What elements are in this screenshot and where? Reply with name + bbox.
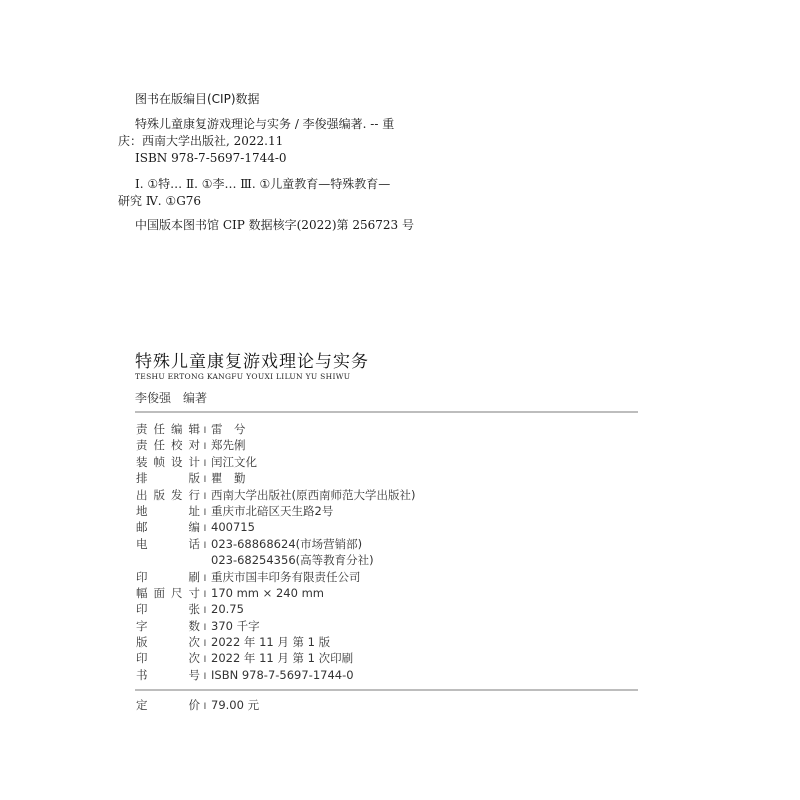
- colophon-separator: I: [200, 541, 210, 551]
- colophon-label-char: 电: [136, 536, 148, 552]
- colophon-label-char: 版: [154, 487, 166, 503]
- colophon-label-char: 话: [189, 536, 201, 552]
- book-author: 李俊强 编著: [135, 389, 207, 406]
- colophon-label-char: 辑: [189, 421, 201, 437]
- colophon-label-char: 编: [171, 421, 183, 437]
- cip-record-line: 特殊儿童康复游戏理论与实务 / 李俊强编著. -- 重: [118, 116, 498, 133]
- colophon-label: 字数: [136, 618, 200, 634]
- book-title: 特殊儿童康复游戏理论与实务: [135, 347, 369, 372]
- colophon-label-char: 刷: [189, 569, 201, 585]
- colophon-label-char: 版: [189, 470, 201, 486]
- colophon-separator: I: [200, 623, 210, 633]
- colophon-label-char: 次: [189, 634, 201, 650]
- colophon-separator: I: [200, 442, 210, 452]
- colophon-label-char: 设: [171, 454, 183, 470]
- colophon-value: 重庆市北碚区天生路2号: [210, 503, 333, 519]
- colophon-label: 幅面尺寸: [136, 585, 200, 601]
- colophon-row: 字数I370 千字: [136, 618, 415, 634]
- cip-subject-line: 研究 Ⅳ. ①G76: [118, 193, 498, 210]
- colophon-label-char: 排: [136, 470, 148, 486]
- colophon-label: 邮编: [136, 519, 200, 535]
- colophon-label-char: 对: [189, 437, 201, 453]
- colophon-separator: I: [200, 524, 210, 534]
- colophon-value: 2022 年 11 月 第 1 次印刷: [210, 650, 353, 666]
- colophon-value: 023-68254356(高等教育分社): [210, 552, 374, 568]
- colophon-label: 定价: [136, 697, 200, 713]
- colophon-row: 出版发行I西南大学出版社(原西南师范大学出版社): [136, 487, 415, 503]
- colophon-label-char: 址: [189, 503, 201, 519]
- colophon-label-char: 装: [136, 454, 148, 470]
- colophon-label-char: 行: [189, 487, 201, 503]
- colophon-label-char: 尺: [171, 585, 183, 601]
- colophon-label: 责任校对: [136, 437, 200, 453]
- cip-subject-line: Ⅰ. ①特… Ⅱ. ①李… Ⅲ. ①儿童教育—特殊教育—: [118, 176, 498, 193]
- colophon-label-char: 印: [136, 650, 148, 666]
- colophon-separator: I: [200, 702, 210, 712]
- colophon-label-char: 印: [136, 601, 148, 617]
- divider-bottom: [135, 689, 638, 691]
- colophon-row: 版次I2022 年 11 月 第 1 版: [136, 634, 415, 650]
- colophon-label-char: 版: [136, 634, 148, 650]
- colophon-row: 责任校对I郑先俐: [136, 437, 415, 453]
- colophon-label-char: 张: [189, 601, 201, 617]
- colophon-label-char: 发: [171, 487, 183, 503]
- cip-subjects: Ⅰ. ①特… Ⅱ. ①李… Ⅲ. ①儿童教育—特殊教育— 研究 Ⅳ. ①G76: [118, 176, 498, 210]
- colophon-row: 装帧设计I闰江文化: [136, 454, 415, 470]
- colophon-label-char: 价: [189, 697, 201, 713]
- colophon-label-char: 字: [136, 618, 148, 634]
- colophon-label-char: 责: [136, 421, 148, 437]
- colophon-row: 幅面尺寸I170 mm × 240 mm: [136, 585, 415, 601]
- colophon-value: 重庆市国丰印务有限责任公司: [210, 569, 361, 585]
- colophon-label: 印张: [136, 601, 200, 617]
- colophon-value: 79.00 元: [210, 697, 259, 713]
- colophon-row: 书号IISBN 978-7-5697-1744-0: [136, 667, 415, 683]
- cip-cataloging-number: 中国版本图书馆 CIP 数据核字(2022)第 256723 号: [135, 216, 414, 233]
- colophon-label: 印刷: [136, 569, 200, 585]
- colophon-label-char: 地: [136, 503, 148, 519]
- colophon-label: 责任编辑: [136, 421, 200, 437]
- colophon-value: ISBN 978-7-5697-1744-0: [210, 668, 354, 682]
- colophon-value: 20.75: [210, 602, 244, 616]
- colophon-label-char: 面: [154, 585, 166, 601]
- colophon-row: 印刷I重庆市国丰印务有限责任公司: [136, 569, 415, 585]
- colophon-label: 地址: [136, 503, 200, 519]
- colophon-row: 排版I瞿 勤: [136, 470, 415, 486]
- colophon-row: 邮编I400715: [136, 519, 415, 535]
- colophon-separator: I: [200, 655, 210, 665]
- cip-isbn-line: ISBN 978-7-5697-1744-0: [118, 150, 498, 167]
- colophon-label-char: 次: [189, 650, 201, 666]
- colophon-value: 瞿 勤: [210, 470, 246, 486]
- colophon-separator: I: [200, 574, 210, 584]
- colophon-separator: I: [200, 639, 210, 649]
- colophon-value: 郑先俐: [210, 437, 246, 453]
- colophon-row: I023-68254356(高等教育分社): [136, 552, 415, 568]
- colophon-label: 版次: [136, 634, 200, 650]
- colophon-value: 2022 年 11 月 第 1 版: [210, 634, 330, 650]
- colophon-label-char: 责: [136, 437, 148, 453]
- colophon-label: 电话: [136, 536, 200, 552]
- colophon-separator: I: [200, 508, 210, 518]
- colophon-label-char: 号: [189, 667, 201, 683]
- colophon-label-char: 书: [136, 667, 148, 683]
- cip-record: 特殊儿童康复游戏理论与实务 / 李俊强编著. -- 重 庆：西南大学出版社, 2…: [118, 116, 498, 167]
- colophon-separator: I: [200, 606, 210, 616]
- cip-record-line: 庆：西南大学出版社, 2022.11: [118, 133, 498, 150]
- colophon-label-char: 印: [136, 569, 148, 585]
- colophon-row: 地址I重庆市北碚区天生路2号: [136, 503, 415, 519]
- colophon-label-char: 出: [136, 487, 148, 503]
- colophon-value: 170 mm × 240 mm: [210, 586, 324, 600]
- cip-heading: 图书在版编目(CIP)数据: [135, 90, 260, 107]
- colophon-value: 400715: [210, 520, 255, 534]
- colophon-label-char: 任: [154, 437, 166, 453]
- colophon-list: 责任编辑I雷 兮责任校对I郑先俐装帧设计I闰江文化排版I瞿 勤出版发行I西南大学…: [136, 421, 415, 683]
- colophon-label-char: 邮: [136, 519, 148, 535]
- divider-top: [135, 411, 638, 413]
- colophon-label-char: 任: [154, 421, 166, 437]
- colophon-value: 370 千字: [210, 618, 260, 634]
- colophon-label-char: 帧: [154, 454, 166, 470]
- colophon-label-char: 校: [171, 437, 183, 453]
- colophon-separator: I: [200, 492, 210, 502]
- colophon-label: 装帧设计: [136, 454, 200, 470]
- colophon-value: 雷 兮: [210, 421, 246, 437]
- colophon-label-char: 寸: [189, 585, 201, 601]
- colophon-value: 闰江文化: [210, 454, 257, 470]
- book-title-pinyin: TESHU ERTONG KANGFU YOUXI LILUN YU SHIWU: [135, 372, 350, 381]
- colophon-label-char: 编: [189, 519, 201, 535]
- colophon-row: 印次I2022 年 11 月 第 1 次印刷: [136, 650, 415, 666]
- colophon-label: 出版发行: [136, 487, 200, 503]
- colophon-separator: I: [200, 475, 210, 485]
- colophon-value: 西南大学出版社(原西南师范大学出版社): [210, 487, 415, 503]
- colophon-label-char: 定: [136, 697, 148, 713]
- colophon-separator: I: [200, 426, 210, 436]
- colophon-row: 印张I20.75: [136, 601, 415, 617]
- colophon-value: 023-68868624(市场营销部): [210, 536, 362, 552]
- colophon-label-char: 数: [189, 618, 201, 634]
- colophon-label: 书号: [136, 667, 200, 683]
- price-row: 定价I79.00 元: [136, 697, 259, 713]
- colophon-row: 责任编辑I雷 兮: [136, 421, 415, 437]
- colophon-row: 电话I023-68868624(市场营销部): [136, 536, 415, 552]
- colophon-label-char: 幅: [136, 585, 148, 601]
- colophon-row: 定价I79.00 元: [136, 697, 259, 713]
- colophon-separator: I: [200, 590, 210, 600]
- colophon-label: 排版: [136, 470, 200, 486]
- colophon-label: 印次: [136, 650, 200, 666]
- colophon-separator: I: [200, 459, 210, 469]
- colophon-separator: I: [200, 672, 210, 682]
- colophon-label-char: 计: [189, 454, 201, 470]
